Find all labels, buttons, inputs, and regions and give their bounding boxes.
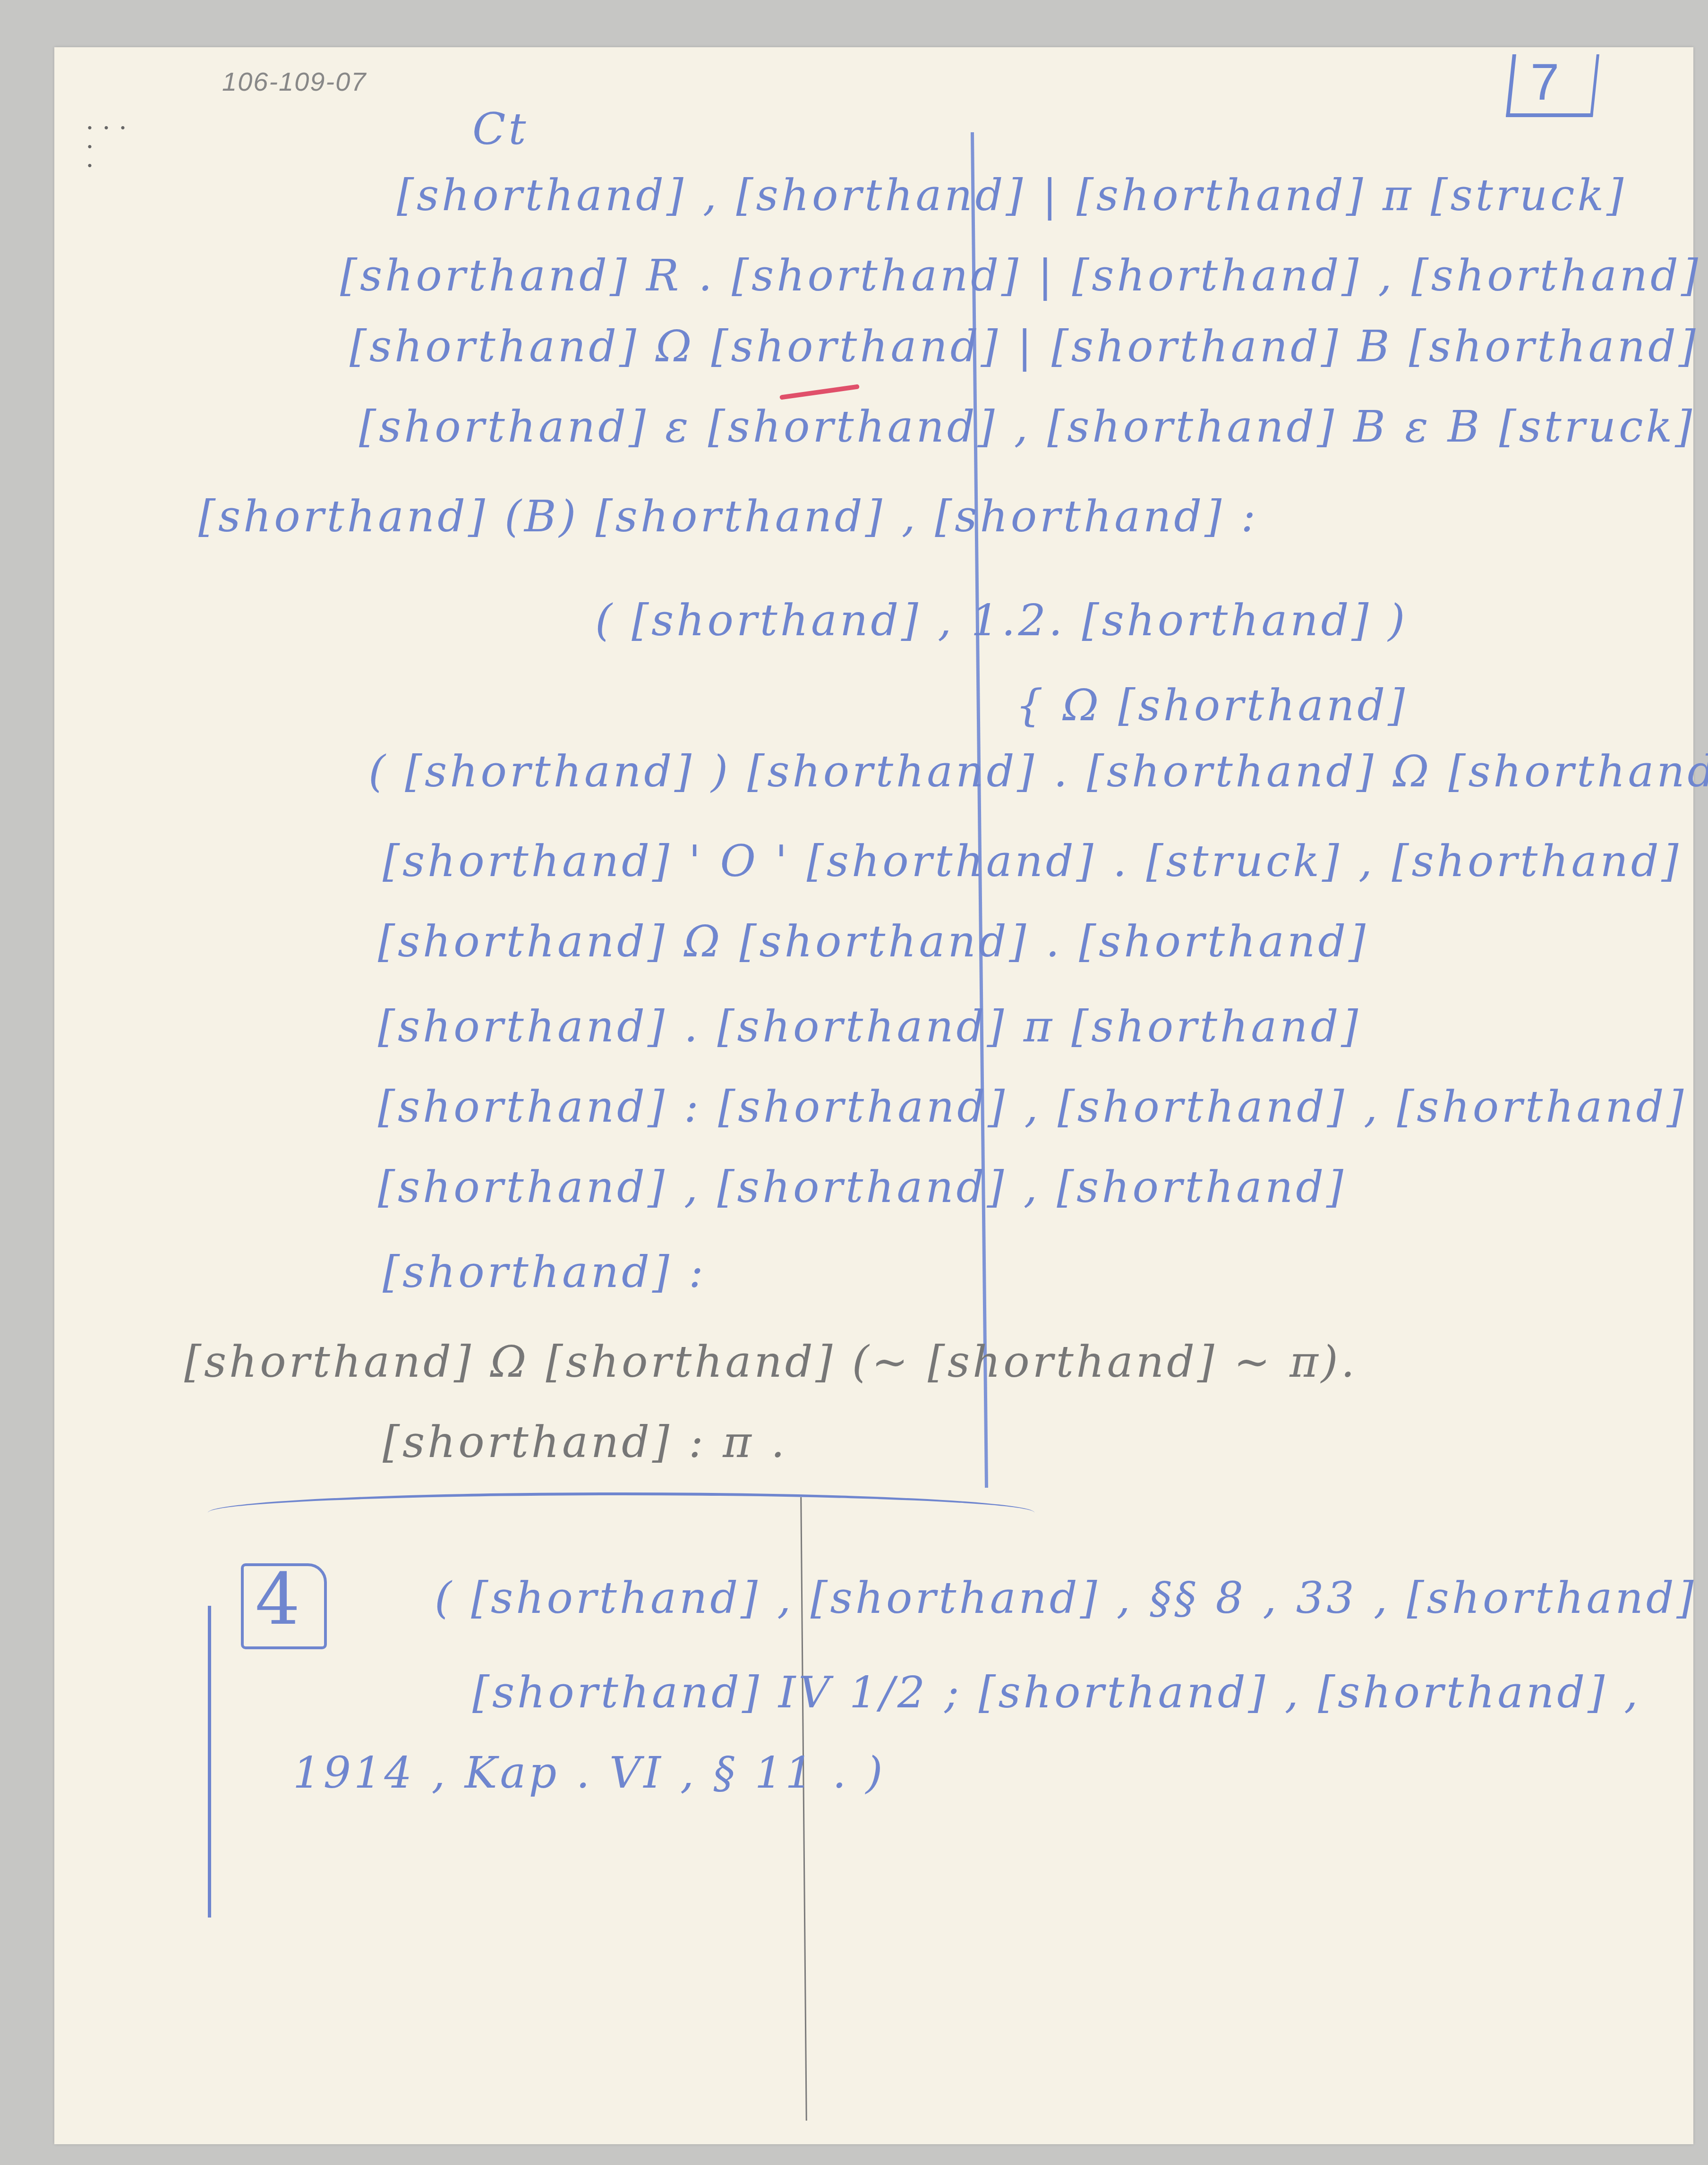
pencil-line: [shorthand] : π .: [383, 1417, 787, 1467]
margin-dots: · · ···: [85, 118, 128, 175]
body-line: [shorthand] , [shorthand] | [shorthand] …: [397, 170, 1626, 221]
footnote-marker: 4: [255, 1559, 300, 1641]
archive-id: 106-109-07: [222, 66, 367, 97]
body-line: [shorthand] Ω [shorthand] . [shorthand]: [378, 916, 1368, 967]
footnote-margin-line: [208, 1606, 216, 1918]
body-line: [shorthand] . [shorthand] π [shorthand]: [378, 1001, 1361, 1052]
body-line: [shorthand] R . [shorthand] | [shorthand…: [340, 250, 1701, 301]
pencil-line: [shorthand] Ω [shorthand] (~ [shorthand]…: [184, 1337, 1358, 1387]
body-line: [shorthand] , [shorthand] , [shorthand]: [378, 1162, 1346, 1212]
footnote-line: 1914 , Kap . VI , § 11 . ): [293, 1747, 886, 1798]
body-line: [shorthand] ε [shorthand] , [shorthand] …: [359, 401, 1695, 452]
page-number: 7: [1530, 52, 1559, 112]
footnote-line: ( [shorthand] , [shorthand] , §§ 8 , 33 …: [435, 1573, 1708, 1623]
body-line: [shorthand] :: [383, 1247, 706, 1297]
body-line: [shorthand] Ω [shorthand] | [shorthand] …: [350, 321, 1708, 372]
body-line: Ct: [472, 104, 529, 154]
body-line: ( [shorthand] , 1.2. [shorthand] ): [595, 595, 1408, 646]
body-line: ( [shorthand] ) [shorthand] . [shorthand…: [368, 746, 1708, 797]
footnote-separator: [208, 1492, 1034, 1533]
body-line: [shorthand] (B) [shorthand] , [shorthand…: [198, 491, 1258, 542]
footnote-line: [shorthand] IV 1/2 ; [shorthand] , [shor…: [472, 1667, 1641, 1718]
body-line: [shorthand] ' O ' [shorthand] . [struck]…: [383, 836, 1681, 886]
body-line: [shorthand] : [shorthand] , [shorthand] …: [378, 1082, 1686, 1132]
body-line: { Ω [shorthand]: [1016, 680, 1408, 731]
